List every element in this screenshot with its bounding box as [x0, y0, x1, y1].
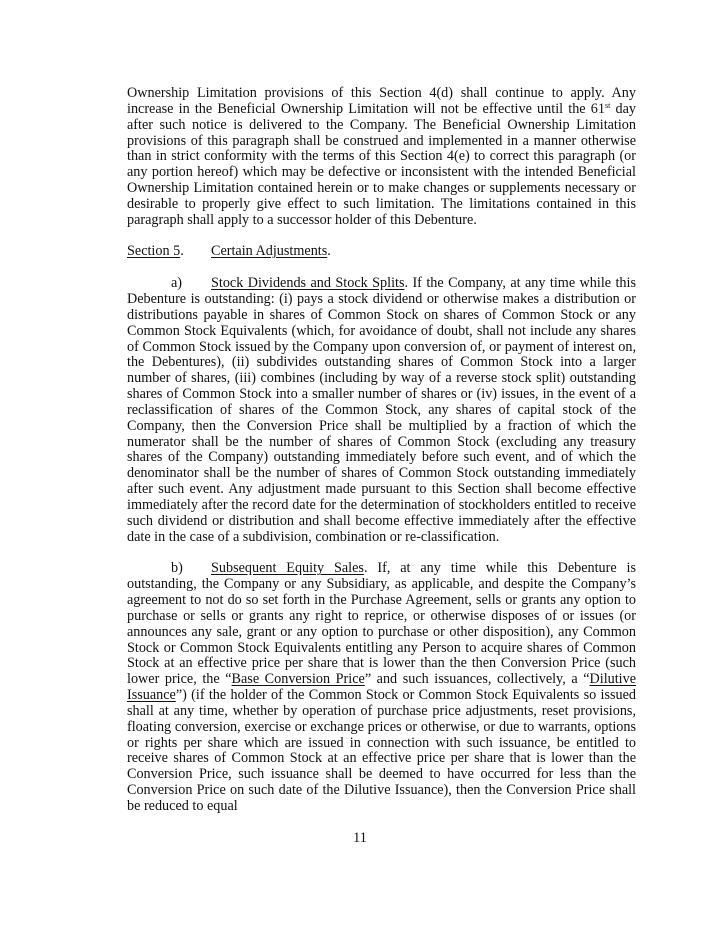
subsection-a-body: If the Company, at any time while this D…	[127, 275, 636, 545]
section-number-punct: .	[180, 243, 184, 259]
subsection-b-label: b)	[171, 561, 211, 577]
subsection-a-label: a)	[171, 276, 211, 292]
section-title-punct: .	[327, 243, 331, 259]
section-number: Section 5	[127, 243, 180, 259]
subsection-a-heading: Stock Dividends and Stock Splits	[211, 275, 404, 291]
carryover-text-part1: Ownership Limitation provisions of this …	[127, 85, 636, 117]
subsection-a: a)Stock Dividends and Stock Splits. If t…	[127, 276, 636, 545]
carryover-text-part2: day after such notice is delivered to th…	[127, 101, 636, 228]
section-heading: Section 5.Certain Adjustments.	[127, 244, 636, 260]
section-title: Certain Adjustments	[211, 243, 327, 259]
paragraph-spacer	[127, 545, 636, 561]
defined-term-base-conversion-price: Base Conversion Price	[232, 671, 365, 687]
subsection-b-body-part1: If, at any time while this Debenture is …	[127, 560, 636, 687]
page-number: 11	[0, 830, 720, 847]
paragraph-spacer	[127, 260, 636, 276]
paragraph-spacer	[127, 229, 636, 245]
subsection-b: b)Subsequent Equity Sales. If, at any ti…	[127, 561, 636, 815]
subsection-b-body-part2: ” and such issuances, collectively, a “	[365, 671, 590, 687]
subsection-b-body-part3: ”) (if the holder of the Common Stock or…	[127, 687, 636, 814]
document-page: Ownership Limitation provisions of this …	[127, 86, 636, 815]
subsection-b-heading: Subsequent Equity Sales	[211, 560, 364, 576]
carryover-paragraph: Ownership Limitation provisions of this …	[127, 86, 636, 229]
